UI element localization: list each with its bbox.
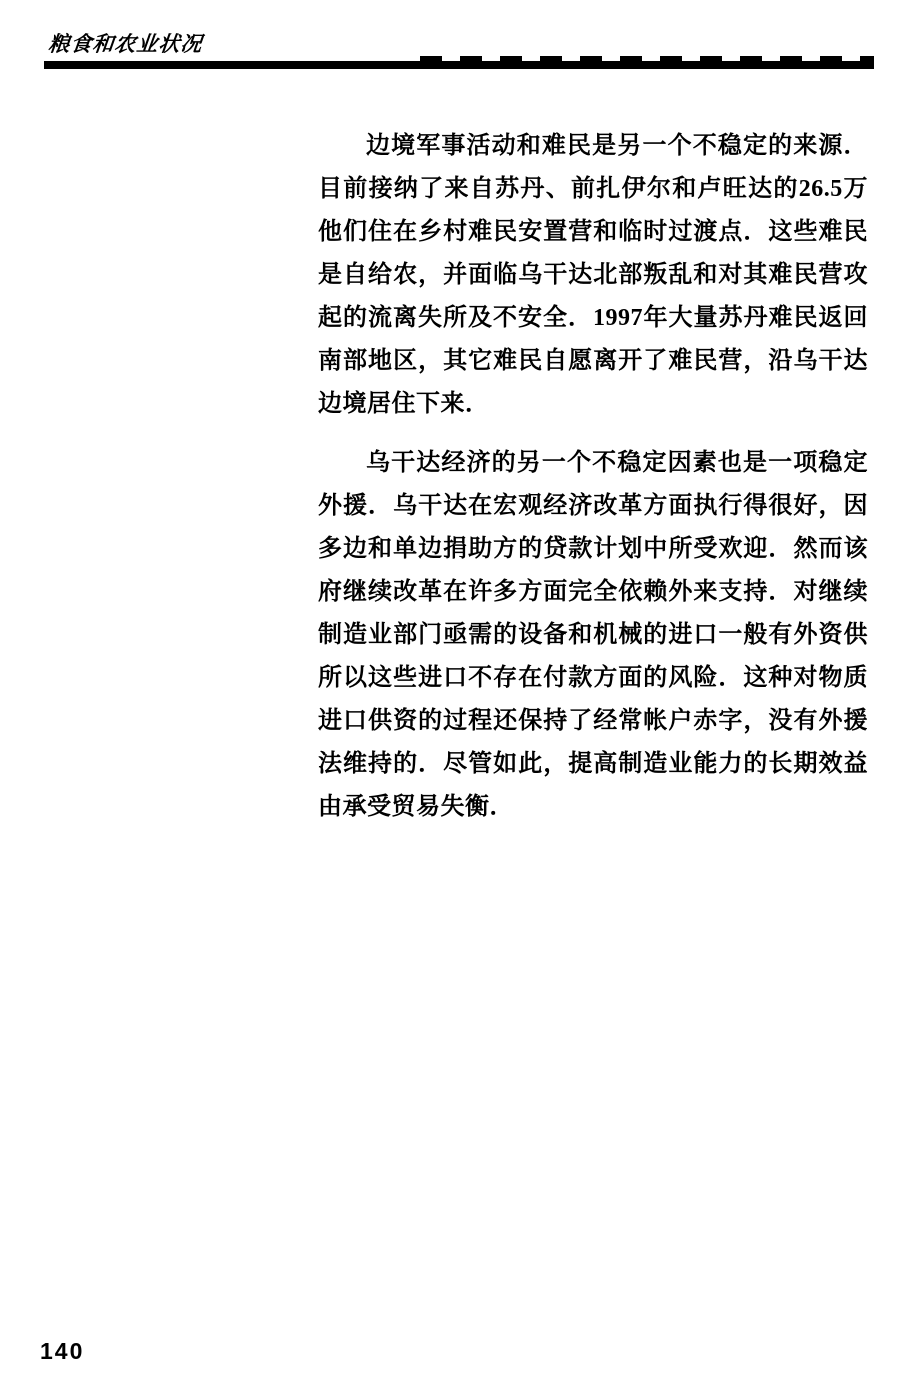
text-line: 多边和单边捐助方的贷款计划中所受欢迎．然而该国政	[318, 528, 868, 571]
running-header-title: 粮食和农业状况	[47, 28, 204, 58]
page-number: 140	[40, 1338, 84, 1365]
text-line: 进口供资的过程还保持了经常帐户赤字，没有外援是无	[318, 700, 868, 743]
text-line: 目前接纳了来自苏丹、前扎伊尔和卢旺达的26.5万难民，	[318, 168, 868, 211]
document-page: 粮食和农业状况 边境军事活动和难民是另一个不稳定的来源．该国 目前接纳了来自苏丹…	[0, 0, 900, 1400]
header-rule	[44, 61, 874, 69]
text-line: 南部地区，其它难民自愿离开了难民营，沿乌干达北部	[318, 340, 868, 383]
text-line: 法维持的．尽管如此，提高制造业能力的长期效益有理	[318, 743, 868, 786]
text-line: 外援．乌干达在宏观经济改革方面执行得很好，因而在	[318, 485, 868, 528]
text-line: 由承受贸易失衡．	[318, 786, 868, 829]
paragraph-refugees: 边境军事活动和难民是另一个不稳定的来源．该国 目前接纳了来自苏丹、前扎伊尔和卢旺…	[318, 125, 868, 426]
scan-artifact-dashes	[420, 56, 874, 61]
text-line: 是自给农，并面临乌干达北部叛乱和对其难民营攻击引	[318, 254, 868, 297]
text-line: 边境居住下来．	[318, 383, 868, 426]
text-line: 府继续改革在许多方面完全依赖外来支持．对继续加强	[318, 571, 868, 614]
text-line: 制造业部门亟需的设备和机械的进口一般有外资供资，	[318, 614, 868, 657]
text-line: 边境军事活动和难民是另一个不稳定的来源．该国	[318, 125, 868, 168]
text-line: 他们住在乡村难民安置营和临时过渡点．这些难民通常	[318, 211, 868, 254]
text-line: 起的流离失所及不安全．1997年大量苏丹难民返回苏丹	[318, 297, 868, 340]
text-line: 乌干达经济的另一个不稳定因素也是一项稳定因素:	[318, 442, 868, 485]
text-line: 所以这些进口不存在付款方面的风险．这种对物质资本	[318, 657, 868, 700]
paragraph-foreign-aid: 乌干达经济的另一个不稳定因素也是一项稳定因素: 外援．乌干达在宏观经济改革方面执…	[318, 442, 868, 829]
body-text: 边境军事活动和难民是另一个不稳定的来源．该国 目前接纳了来自苏丹、前扎伊尔和卢旺…	[318, 125, 868, 829]
